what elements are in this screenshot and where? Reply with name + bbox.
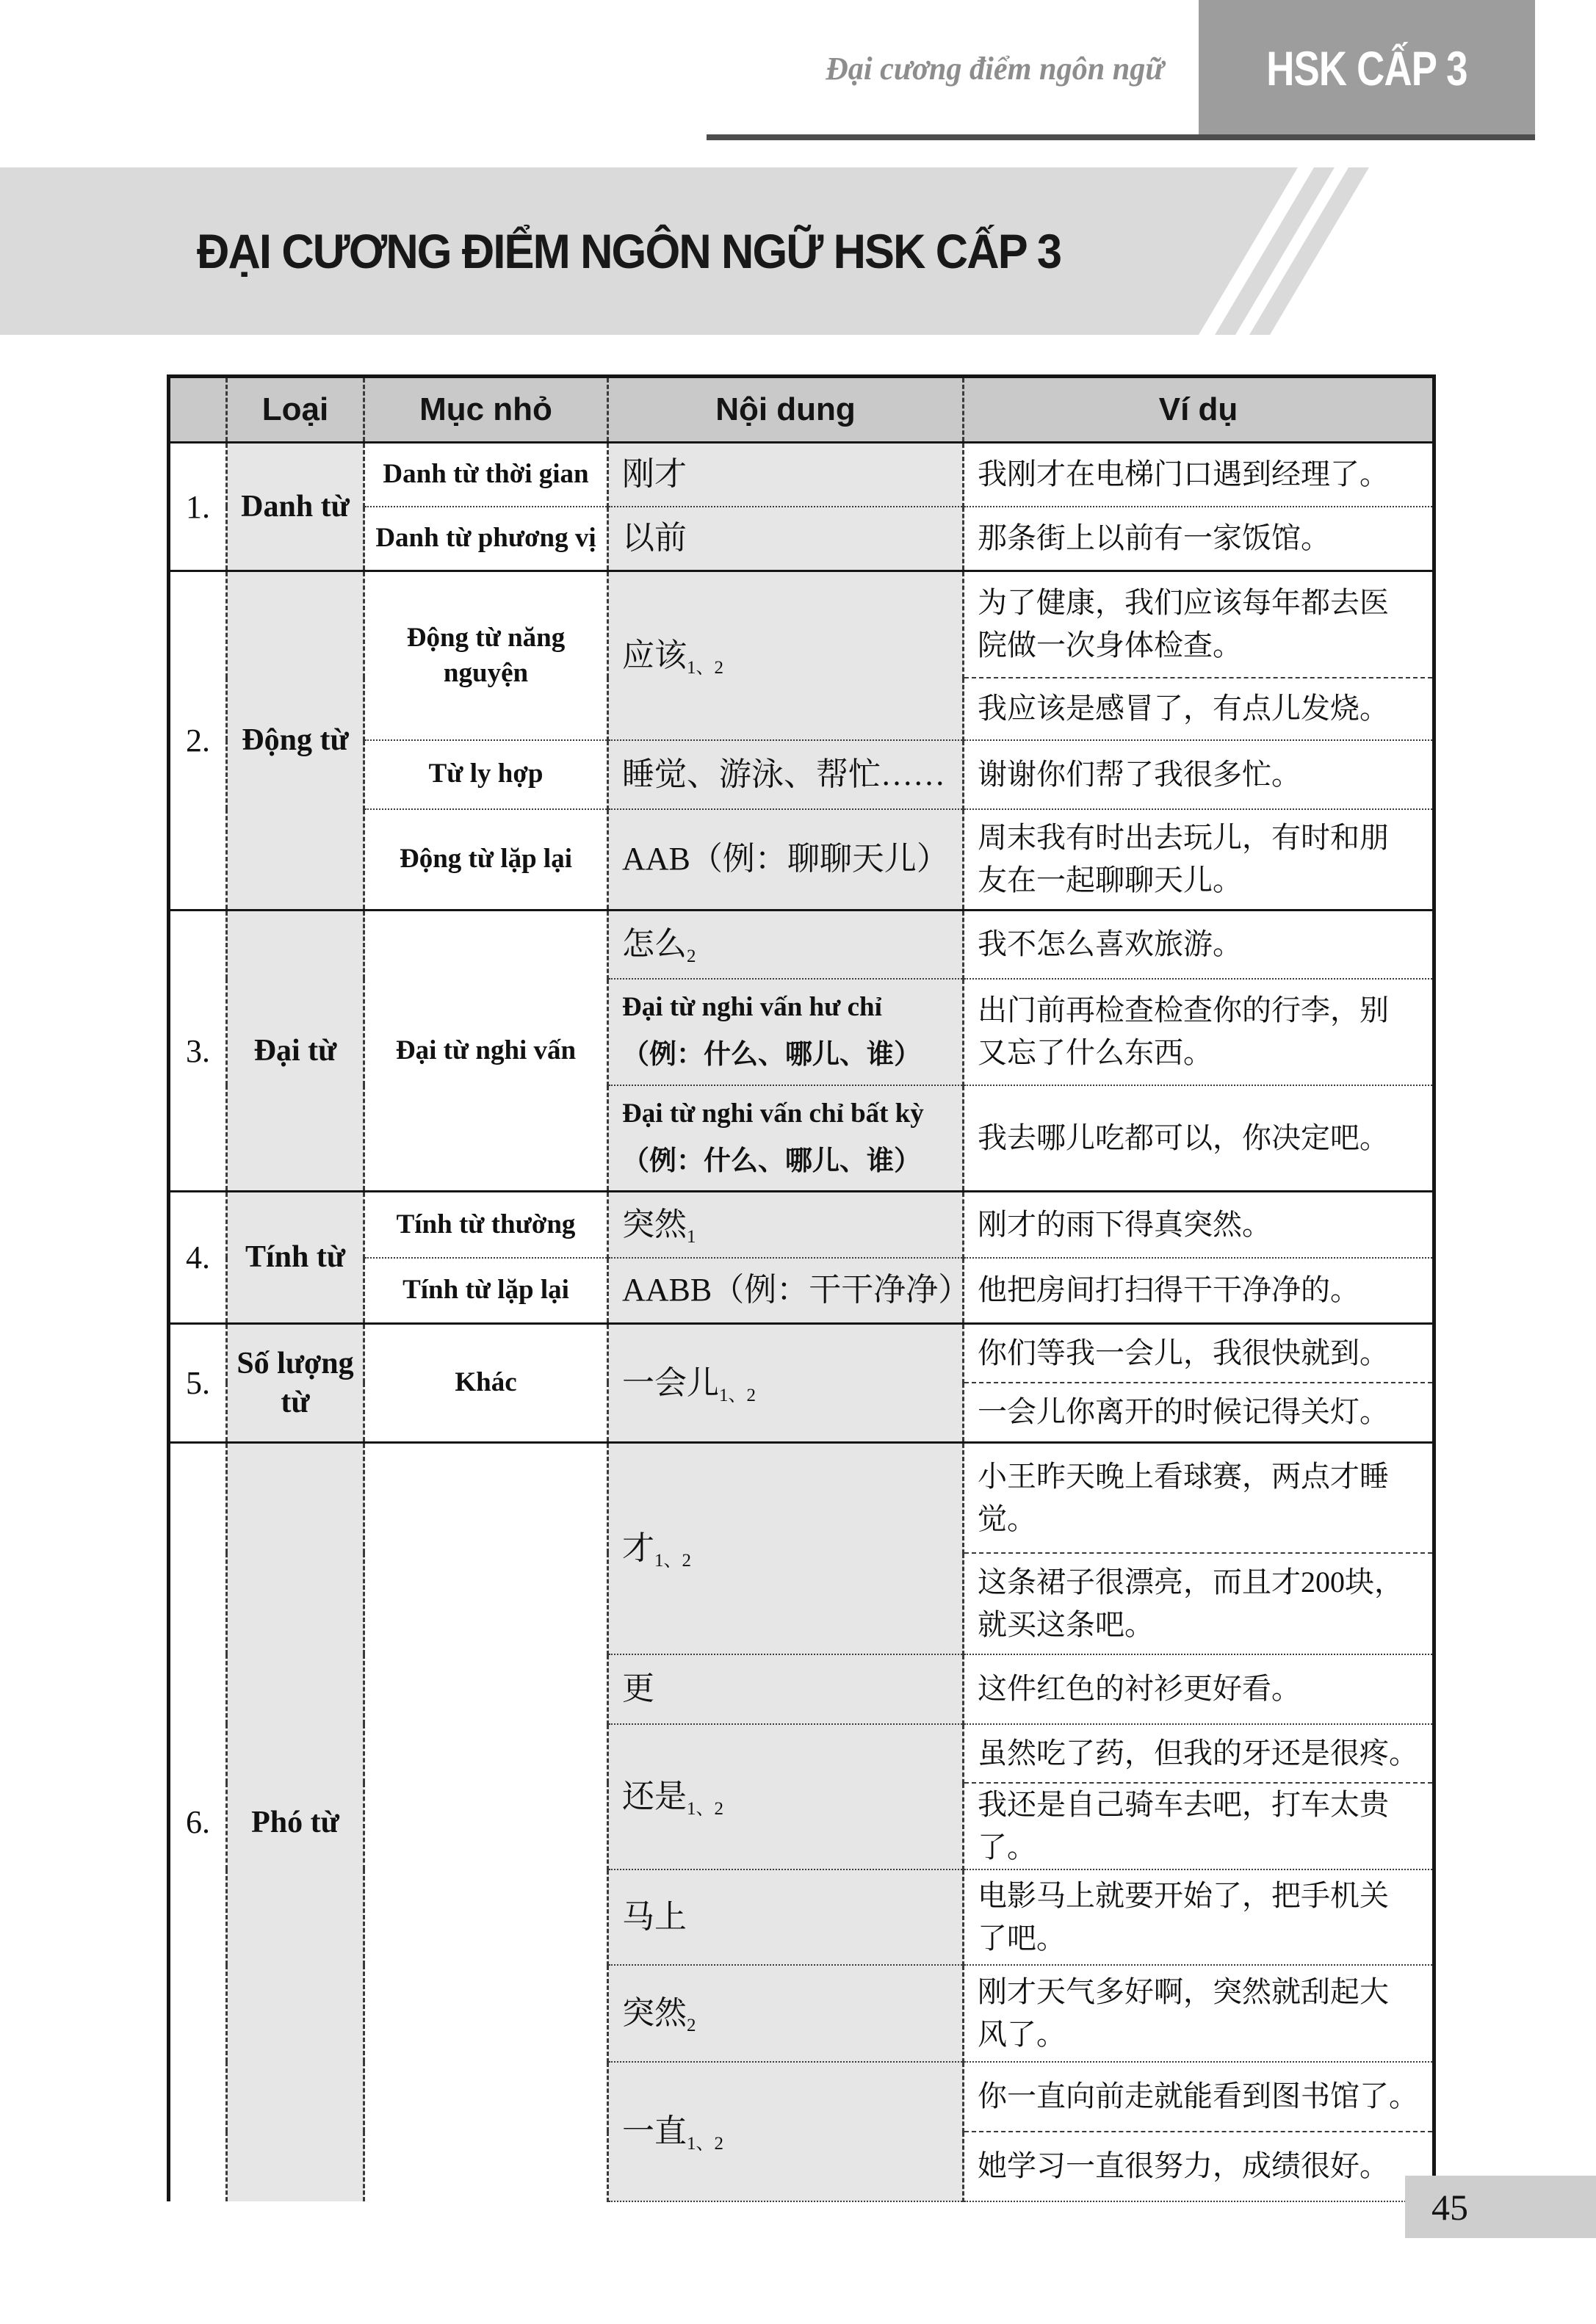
table-row: 6. Phó từ 才1、2 小王昨天晚上看球赛，两点才睡 觉。 (169, 1443, 1434, 1553)
grammar-table: Loại Mục nhỏ Nội dung Ví dụ 1. Danh từ D… (167, 374, 1436, 2202)
subcategory-cell: Tính từ lặp lại (364, 1258, 608, 1324)
content-cell: 一直1、2 (608, 2062, 964, 2201)
subcategory-cell: Khác (364, 1324, 608, 1443)
content-cell: 还是1、2 (608, 1724, 964, 1869)
example-cell: 我还是自己骑车去吧，打车太贵了。 (964, 1783, 1434, 1869)
category-cell: Số lượng từ (227, 1324, 364, 1443)
content-subscript: 1 (687, 1227, 696, 1247)
table-row: 5. Số lượng từ Khác 一会儿1、2 你们等我一会儿，我很快就到… (169, 1324, 1434, 1383)
book-page: Đại cương điểm ngôn ngữ HSK CẤP 3 ĐẠI CƯ… (0, 0, 1596, 2324)
hsk-level-badge-label: HSK CẤP 3 (1266, 40, 1467, 96)
example-cell: 刚才的雨下得真突然。 (964, 1192, 1434, 1258)
example-cell: 她学习一直很努力，成绩很好。 (964, 2132, 1434, 2201)
category-cell: Động từ (227, 571, 364, 911)
content-cell: 以前 (608, 507, 964, 571)
content-subscript: 2 (687, 946, 696, 966)
row-number: 6. (169, 1443, 227, 2201)
example-cell: 这条裙子很漂亮，而且才200块， 就买这条吧。 (964, 1553, 1434, 1654)
content-cell: 马上 (608, 1869, 964, 1965)
content-subscript: 1、2 (654, 1551, 691, 1571)
table-header-row: Loại Mục nhỏ Nội dung Ví dụ (169, 377, 1434, 443)
content-cell: AAB（例：聊聊天儿） (608, 809, 964, 911)
content-subscript: 1、2 (687, 2133, 723, 2153)
content-cell: 睡觉、游泳、帮忙…… (608, 740, 964, 809)
subcategory-cell (364, 1443, 608, 2201)
subcategory-cell: Động từ năng nguyện (364, 571, 608, 740)
content-cell: 应该1、2 (608, 571, 964, 740)
title-banner: ĐẠI CƯƠNG ĐIỂM NGÔN NGỮ HSK CẤP 3 (0, 167, 1596, 335)
example-cell: 周末我有时出去玩儿，有时和朋 友在一起聊聊天儿。 (964, 809, 1434, 911)
content-cell: 一会儿1、2 (608, 1324, 964, 1443)
row-number: 1. (169, 443, 227, 571)
example-cell: 我应该是感冒了，有点儿发烧。 (964, 678, 1434, 740)
content-subscript: 1、2 (687, 1798, 723, 1818)
subcategory-cell: Động từ lặp lại (364, 809, 608, 911)
page-title: ĐẠI CƯƠNG ĐIỂM NGÔN NGỮ HSK CẤP 3 (197, 167, 1061, 335)
page-number: 45 (1431, 2186, 1468, 2229)
example-cell: 你们等我一会儿，我很快就到。 (964, 1324, 1434, 1383)
example-cell: 电影马上就要开始了，把手机关 了吧。 (964, 1869, 1434, 1965)
content-cell: Đại từ nghi vấn chỉ bất kỳ （例：什么、哪儿、谁） (608, 1085, 964, 1192)
example-cell: 为了健康，我们应该每年都去医 院做一次身体检查。 (964, 571, 1434, 678)
column-header-blank (169, 377, 227, 443)
category-cell: Đại từ (227, 911, 364, 1192)
example-cell: 你一直向前走就能看到图书馆了。 (964, 2062, 1434, 2132)
content-subscript: 1、2 (687, 658, 723, 678)
running-header-text: Đại cương điểm ngôn ngữ (826, 50, 1164, 87)
content-cell: AABB（例：干干净净） (608, 1258, 964, 1324)
content-cell: 更 (608, 1654, 964, 1724)
example-cell: 他把房间打扫得干干净净的。 (964, 1258, 1434, 1324)
example-cell: 我去哪儿吃都可以，你决定吧。 (964, 1085, 1434, 1192)
content-subscript: 1、2 (719, 1385, 756, 1405)
column-header-noi-dung: Nội dung (608, 377, 964, 443)
example-cell: 刚才天气多好啊，突然就刮起大 风了。 (964, 1965, 1434, 2062)
example-cell: 我不怎么喜欢旅游。 (964, 911, 1434, 979)
content-cell: Đại từ nghi vấn hư chỉ （例：什么、哪儿、谁） (608, 979, 964, 1085)
table-row: 4. Tính từ Tính từ thường 突然1 刚才的雨下得真突然。 (169, 1192, 1434, 1258)
header-rule (707, 134, 1535, 140)
column-header-vi-du: Ví dụ (964, 377, 1434, 443)
example-cell: 我刚才在电梯门口遇到经理了。 (964, 443, 1434, 507)
page-number-box: 45 (1405, 2176, 1596, 2238)
subcategory-cell: Đại từ nghi vấn (364, 911, 608, 1192)
category-cell: Phó từ (227, 1443, 364, 2201)
example-cell: 那条街上以前有一家饭馆。 (964, 507, 1434, 571)
subcategory-cell: Danh từ phương vị (364, 507, 608, 571)
row-number: 2. (169, 571, 227, 911)
table-row: 1. Danh từ Danh từ thời gian 刚才 我刚才在电梯门口… (169, 443, 1434, 507)
example-cell: 一会儿你离开的时候记得关灯。 (964, 1383, 1434, 1443)
example-cell: 谢谢你们帮了我很多忙。 (964, 740, 1434, 809)
content-cell: 刚才 (608, 443, 964, 507)
content-subscript: 2 (687, 2015, 696, 2035)
subcategory-cell: Từ ly hợp (364, 740, 608, 809)
row-number: 4. (169, 1192, 227, 1324)
column-header-loai: Loại (227, 377, 364, 443)
category-cell: Danh từ (227, 443, 364, 571)
example-cell: 出门前再检查检查你的行李，别 又忘了什么东西。 (964, 979, 1434, 1085)
table-row: 2. Động từ Động từ năng nguyện 应该1、2 为了健… (169, 571, 1434, 678)
subcategory-cell: Danh từ thời gian (364, 443, 608, 507)
column-header-muc-nho: Mục nhỏ (364, 377, 608, 443)
hsk-level-badge: HSK CẤP 3 (1199, 0, 1535, 137)
content-cell: 突然2 (608, 1965, 964, 2062)
example-cell: 小王昨天晚上看球赛，两点才睡 觉。 (964, 1443, 1434, 1553)
subcategory-cell: Tính từ thường (364, 1192, 608, 1258)
content-cell: 突然1 (608, 1192, 964, 1258)
example-cell: 这件红色的衬衫更好看。 (964, 1654, 1434, 1724)
example-cell: 虽然吃了药，但我的牙还是很疼。 (964, 1724, 1434, 1783)
row-number: 5. (169, 1324, 227, 1443)
content-cell: 才1、2 (608, 1443, 964, 1654)
table-row: 3. Đại từ Đại từ nghi vấn 怎么2 我不怎么喜欢旅游。 (169, 911, 1434, 979)
row-number: 3. (169, 911, 227, 1192)
category-cell: Tính từ (227, 1192, 364, 1324)
content-cell: 怎么2 (608, 911, 964, 979)
